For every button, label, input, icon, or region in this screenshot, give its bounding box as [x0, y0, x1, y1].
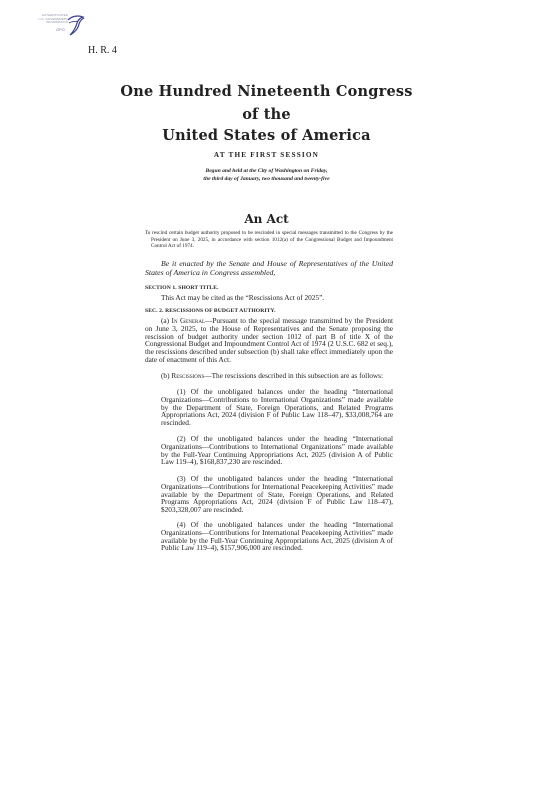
rescission-paragraph-4: (4) Of the unobligated balances under th… — [161, 521, 393, 552]
rescission-paragraph-1: (1) Of the unobligated balances under th… — [161, 388, 393, 427]
congress-title-line-2: of the — [0, 106, 533, 123]
logo-text: AUTHENTICATED U.S. GOVERNMENT INFORMATIO… — [30, 14, 68, 25]
gpo-eagle-icon — [66, 14, 86, 38]
enacting-clause: Be it enacted by the Senate and House of… — [145, 259, 393, 277]
logo-line: INFORMATION — [30, 21, 68, 25]
subsection-b: (b) Rescissions—The rescissions describe… — [145, 372, 393, 380]
rescission-paragraph-3: (3) Of the unobligated balances under th… — [161, 475, 393, 514]
section-1-text: This Act may be cited as the “Rescission… — [145, 293, 393, 302]
subsection-text: —The rescissions described in this subse… — [204, 371, 383, 380]
convening-line-1: Begun and held at the City of Washington… — [0, 167, 533, 175]
convening-line-2: the third day of January, two thousand a… — [0, 175, 533, 183]
section-1-heading: SECTION 1. SHORT TITLE. — [145, 285, 393, 291]
subsection-text: —Pursuant to the special message transmi… — [145, 316, 393, 364]
logo-gpo-mark: GPO — [56, 27, 65, 32]
congress-title-line-3: United States of America — [0, 127, 533, 144]
section-2-heading: SEC. 2. RESCISSIONS OF BUDGET AUTHORITY. — [145, 308, 393, 314]
bill-number: H. R. 4 — [88, 45, 117, 56]
subsection-a: (a) In General—Pursuant to the special m… — [145, 317, 393, 364]
act-heading: An Act — [0, 212, 533, 226]
session-heading: AT THE FIRST SESSION — [0, 151, 533, 159]
congress-title-line-1: One Hundred Nineteenth Congress — [0, 83, 533, 100]
rescission-paragraph-2: (2) Of the unobligated balances under th… — [161, 435, 393, 466]
purpose-statement: To rescind certain budget authority prop… — [145, 230, 393, 250]
convening-statement: Begun and held at the City of Washington… — [0, 167, 533, 183]
subsection-title: Rescissions — [171, 371, 204, 380]
gpo-authentication-logo: AUTHENTICATED U.S. GOVERNMENT INFORMATIO… — [30, 14, 90, 38]
subsection-label: (b) — [161, 371, 170, 380]
